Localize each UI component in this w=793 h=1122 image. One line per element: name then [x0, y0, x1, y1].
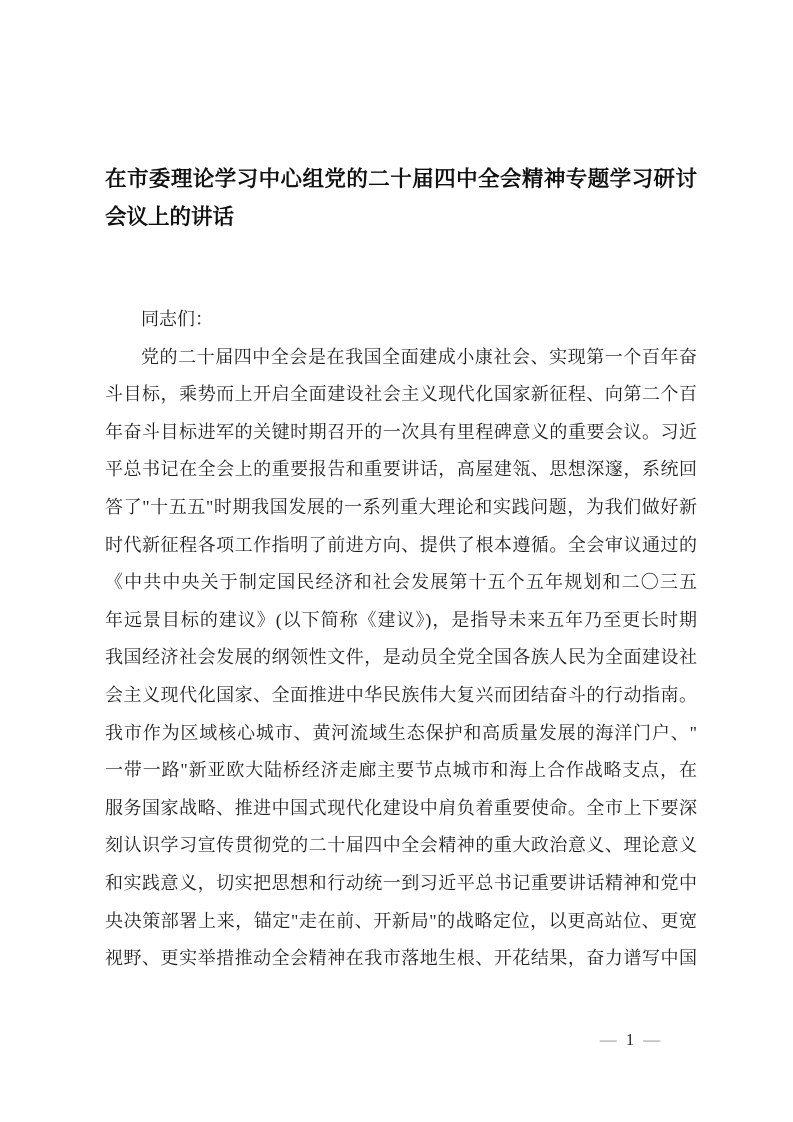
body-text-line: 时代新征程各项工作指明了前进方向、提供了根本遵循。全会审议通过的 — [105, 527, 697, 565]
footer-left-dash: — — [591, 1030, 626, 1049]
body-text-line: 我市作为区域核心城市、黄河流域生态保护和高质量发展的海洋门户、" — [105, 715, 697, 753]
body-text-line: 年奋斗目标进军的关键时期召开的一次具有里程碑意义的重要会议。习近 — [105, 414, 697, 452]
body-text-line: 我国经济社会发展的纲领性文件，是动员全党全国各族人民为全面建设社 — [105, 639, 697, 677]
body-text-line: 央决策部署上来，锚定"走在前、开新局"的战略定位，以更高站位、更宽 — [105, 903, 697, 941]
body-text-line: 一带一路"新亚欧大陆桥经济走廊主要节点城市和海上合作战略支点，在 — [105, 752, 697, 790]
body-text-line: 和实践意义，切实把思想和行动统一到习近平总书记重要讲话精神和党中 — [105, 865, 697, 903]
document-page: 在市委理论学习中心组党的二十届四中全会精神专题学习研讨会议上的讲话 同志们： 党… — [0, 0, 793, 1122]
body-text-line: 斗目标，乘势而上开启全面建设社会主义现代化国家新征程、向第二个百 — [105, 376, 697, 414]
body-text-line: 平总书记在全会上的重要报告和重要讲话，高屋建瓴、思想深邃，系统回 — [105, 451, 697, 489]
salutation-line: 同志们： — [105, 301, 697, 339]
title-line: 会议上的讲话 — [105, 198, 697, 236]
body-text-line: 视野、更实举措推动全会精神在我市落地生根、开花结果，奋力谱写中国 — [105, 940, 697, 978]
body-text-line: 服务国家战略、推进中国式现代化建设中肩负着重要使命。全市上下要深 — [105, 790, 697, 828]
footer-right-dash: — — [634, 1030, 669, 1049]
title-line: 在市委理论学习中心组党的二十届四中全会精神专题学习研讨 — [105, 160, 697, 198]
body-text-line: 答了"十五五"时期我国发展的一系列重大理论和实践问题，为我们做好新 — [105, 489, 697, 527]
body-paragraph: 党的二十届四中全会是在我国全面建成小康社会、实现第一个百年奋斗目标，乘势而上开启… — [105, 339, 697, 978]
body-text-line: 《中共中央关于制定国民经济和社会发展第十五个五年规划和二〇三五 — [105, 564, 697, 602]
page-number: 1 — [626, 1030, 635, 1049]
document-title: 在市委理论学习中心组党的二十届四中全会精神专题学习研讨会议上的讲话 — [105, 160, 697, 236]
body-text-line: 年远景目标的建议》(以下简称《建议》)，是指导未来五年乃至更长时期 — [105, 602, 697, 640]
document-body: 同志们： 党的二十届四中全会是在我国全面建成小康社会、实现第一个百年奋斗目标，乘… — [105, 301, 697, 978]
page-footer: —1— — [555, 1028, 705, 1052]
body-text-line: 会主义现代化国家、全面推进中华民族伟大复兴而团结奋斗的行动指南。 — [105, 677, 697, 715]
body-text-line: 刻认识学习宣传贯彻党的二十届四中全会精神的重大政治意义、理论意义 — [105, 827, 697, 865]
body-text-line: 党的二十届四中全会是在我国全面建成小康社会、实现第一个百年奋 — [105, 339, 697, 377]
